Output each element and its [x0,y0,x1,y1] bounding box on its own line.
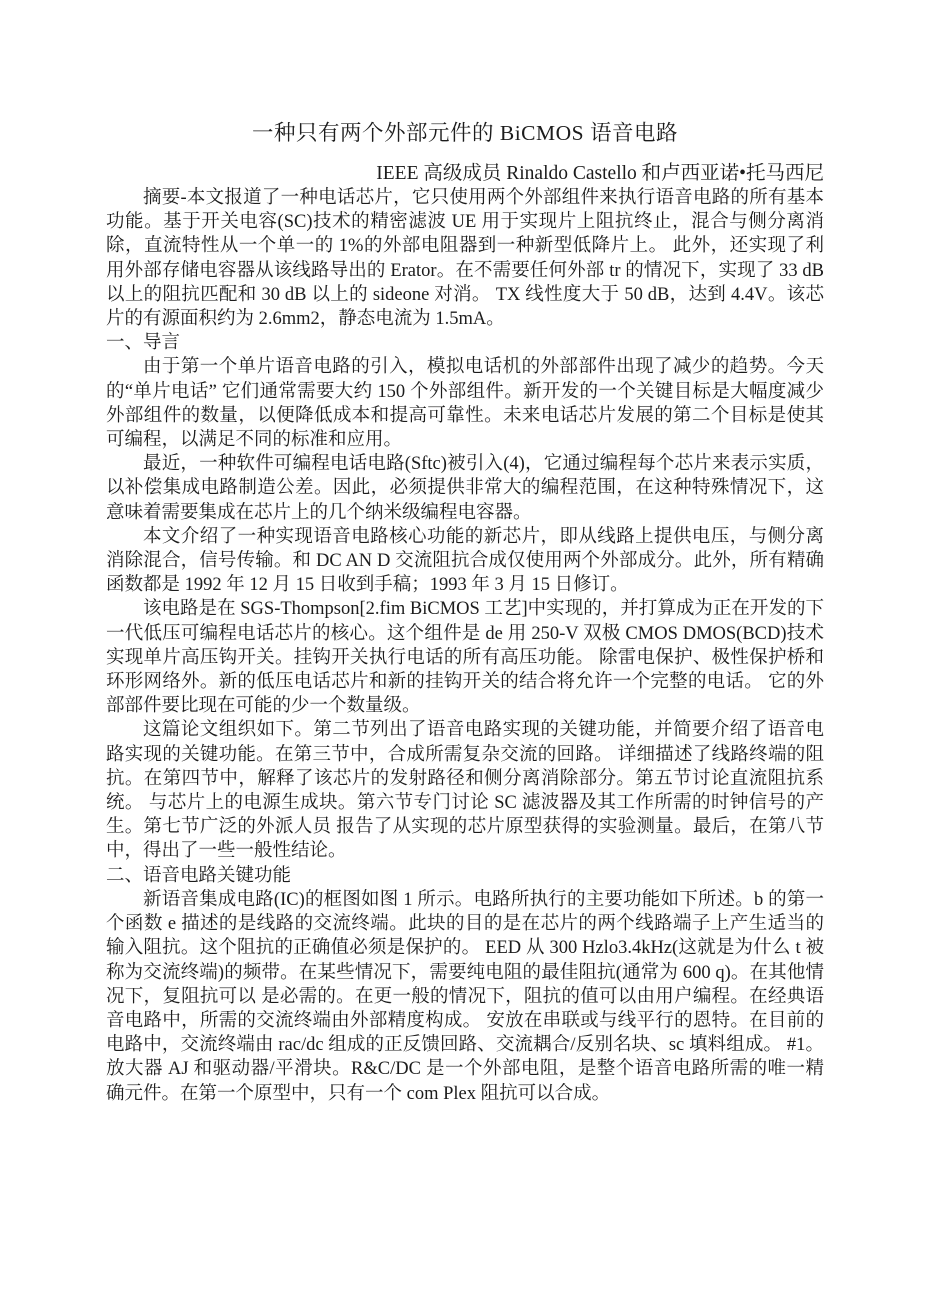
introduction-paragraph-3: 本文介绍了一种实现语音电路核心功能的新芯片，即从线路上提供电压，与侧分离消除混合… [106,525,824,598]
introduction-paragraph-5: 这篇论文组织如下。第二节列出了语音电路实现的关键功能，并简要介绍了语音电路实现的… [106,718,824,863]
key-functions-paragraph: 新语音集成电路(IC)的框图如图 1 所示。电路所执行的主要功能如下所述。b 的… [106,888,824,1106]
document-page: 一种只有两个外部元件的 BiCMOS 语音电路 IEEE 高级成员 Rinald… [0,0,926,1309]
introduction-paragraph-1: 由于第一个单片语音电路的引入，模拟电话机的外部部件出现了减少的趋势。今天的“单片… [106,355,824,452]
section-heading-introduction: 一、导言 [106,331,824,355]
introduction-paragraph-2: 最近，一种软件可编程电话电路(Sftc)被引入(4)，它通过编程每个芯片来表示实… [106,452,824,525]
section-heading-key-functions: 二、语音电路关键功能 [106,864,824,888]
paper-title: 一种只有两个外部元件的 BiCMOS 语音电路 [106,117,824,149]
author-line: IEEE 高级成员 Rinaldo Castello 和卢西亚诺•托马西尼 [106,162,824,186]
abstract-paragraph: 摘要-本文报道了一种电话芯片，它只使用两个外部组件来执行语音电路的所有基本功能。… [106,186,824,331]
introduction-paragraph-4: 该电路是在 SGS-Thompson[2.fim BiCMOS 工艺]中实现的，… [106,597,824,718]
